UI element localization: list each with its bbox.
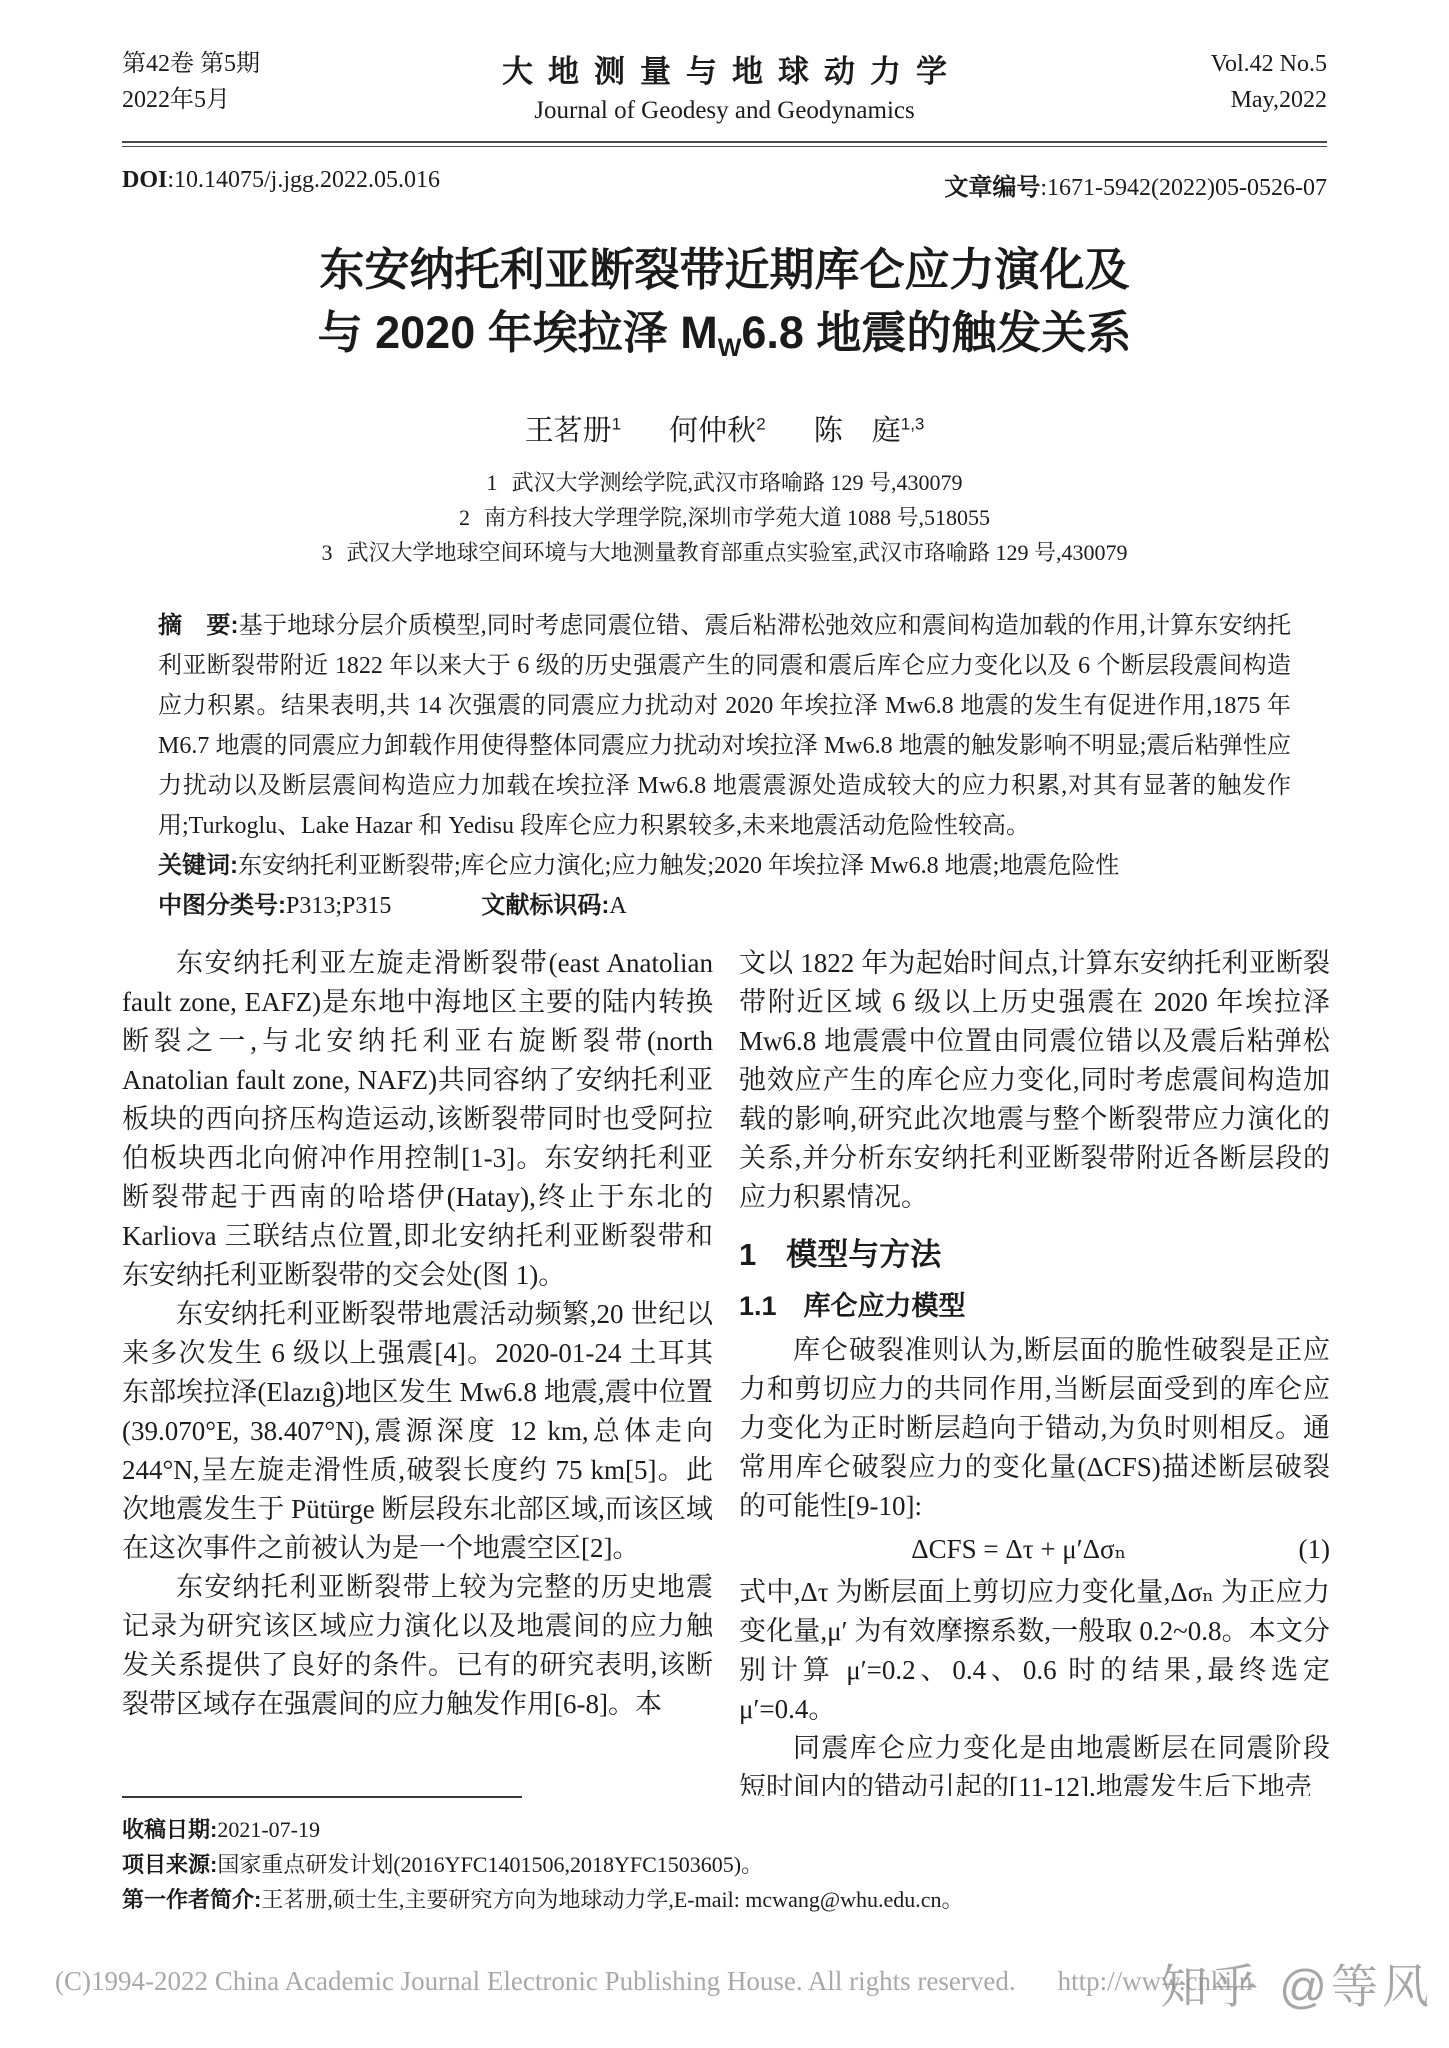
affiliation-number: 2 xyxy=(459,505,470,530)
footnote-text: 王茗册,硕士生,主要研究方向为地球动力学,E-mail: mcwang@whu.… xyxy=(261,1887,963,1912)
abstract-paragraph: 摘 要:基于地球分层介质模型,同时考虑同震位错、震后粘滞松弛效应和震间构造加载的… xyxy=(158,606,1291,846)
affiliation-text: 武汉大学测绘学院,武汉市珞喻路 129 号,430079 xyxy=(511,470,962,495)
paper-title-line1: 东安纳托利亚断裂带近期库仑应力演化及 xyxy=(0,238,1449,301)
watermark: 知乎 @等风 xyxy=(1160,1950,1433,2017)
section-heading: 1模型与方法 xyxy=(739,1235,1330,1275)
doi-value: :10.14075/j.jgg.2022.05.016 xyxy=(167,167,440,193)
abstract-block: 摘 要:基于地球分层介质模型,同时考虑同震位错、震后粘滞松弛效应和震间构造加载的… xyxy=(158,606,1291,926)
author: 何仲秋2 xyxy=(669,415,765,447)
clc-value: P313;P315 xyxy=(286,893,391,919)
article-number-line: 文章编号:1671-5942(2022)05-0526-07 xyxy=(944,167,1327,202)
footnote-funding: 项目来源:国家重点研发计划(2016YFC1401506,2018YFC1503… xyxy=(122,1847,1330,1882)
body-paragraph: 库仑破裂准则认为,断层面的脆性破裂是正应力和剪切应力的共同作用,当断层面受到的库… xyxy=(739,1331,1330,1526)
equation-row: ΔCFS = Δτ + μ′Δσₙ(1) xyxy=(739,1530,1330,1569)
footnote-label: 收稿日期: xyxy=(122,1817,217,1842)
author-affiliation-sup: 2 xyxy=(756,414,765,433)
keywords-label: 关键词: xyxy=(158,852,238,879)
footnote-label: 第一作者简介: xyxy=(122,1887,261,1912)
abstract-label: 摘 要: xyxy=(158,612,239,639)
left-column: 东安纳托利亚左旋走滑断裂带(east Anatolian fault zone,… xyxy=(122,944,713,1807)
footnote-text: 国家重点研发计划(2016YFC1401506,2018YFC1503605)。 xyxy=(217,1852,763,1877)
masthead-center: 大地测量与地球动力学 Journal of Geodesy and Geodyn… xyxy=(382,46,1067,125)
section-number: 1 xyxy=(739,1237,756,1272)
title-line2-post: 6.8 地震的触发关系 xyxy=(741,307,1131,358)
body-columns: 东安纳托利亚左旋走滑断裂带(east Anatolian fault zone,… xyxy=(122,944,1330,1807)
author: 陈 庭1,3 xyxy=(814,415,925,447)
doi-label: DOI xyxy=(122,167,167,193)
masthead-divider xyxy=(122,141,1327,147)
doi-line: DOI:10.14075/j.jgg.2022.05.016 xyxy=(122,167,440,202)
journal-title-cn: 大地测量与地球动力学 xyxy=(382,46,1067,91)
masthead: 第42卷 第5期 2022年5月 大地测量与地球动力学 Journal of G… xyxy=(0,0,1449,125)
journal-title-en: Journal of Geodesy and Geodynamics xyxy=(382,97,1067,125)
author-list: 王茗册1 何仲秋2 陈 庭1,3 xyxy=(0,408,1449,449)
title-line2-sub: W xyxy=(718,334,742,362)
section-title: 模型与方法 xyxy=(786,1237,941,1272)
right-column: 文以 1822 年为起始时间点,计算东安纳托利亚断裂带附近区域 6 级以上历史强… xyxy=(739,944,1330,1807)
affiliation-text: 南方科技大学理学院,深圳市学苑大道 1088 号,518055 xyxy=(484,505,990,530)
doc-code-label: 文献标识码: xyxy=(481,892,609,919)
article-number-value: :1671-5942(2022)05-0526-07 xyxy=(1040,175,1327,201)
volume-en: Vol.42 No.5 xyxy=(1067,46,1327,82)
footnote-divider xyxy=(122,1796,522,1798)
clc-label: 中图分类号: xyxy=(158,892,286,919)
footnote-received: 收稿日期:2021-07-19 xyxy=(122,1812,1330,1847)
body-paragraph: 东安纳托利亚断裂带地震活动频繁,20 世纪以来多次发生 6 级以上强震[4]。2… xyxy=(122,1295,713,1568)
doc-code-value: A xyxy=(609,893,626,919)
author-name: 何仲秋 xyxy=(669,415,756,447)
copyright-text: (C)1994-2022 China Academic Journal Elec… xyxy=(55,1966,1016,1996)
paper-title-line2: 与 2020 年埃拉泽 MW6.8 地震的触发关系 xyxy=(0,301,1449,380)
body-paragraph: 式中,Δτ 为断层面上剪切应力变化量,Δσₙ 为正应力变化量,μ′ 为有效摩擦系… xyxy=(739,1573,1330,1729)
affiliation: 3武汉大学地球空间环境与大地测量教育部重点实验室,武汉市珞喻路 129 号,43… xyxy=(0,535,1449,570)
footnote-author-bio: 第一作者简介:王茗册,硕士生,主要研究方向为地球动力学,E-mail: mcwa… xyxy=(122,1882,1330,1917)
author-affiliation-sup: 1,3 xyxy=(901,414,925,433)
volume-issue: 第42卷 第5期 xyxy=(122,46,382,82)
author-name: 王茗册 xyxy=(525,415,612,447)
subsection-heading: 1.1 库仑应力模型 xyxy=(739,1287,1330,1325)
footnote-label: 项目来源: xyxy=(122,1852,217,1877)
footnote-block: 收稿日期:2021-07-19 项目来源:国家重点研发计划(2016YFC140… xyxy=(122,1796,1330,1917)
affiliation: 1武汉大学测绘学院,武汉市珞喻路 129 号,430079 xyxy=(0,465,1449,500)
affiliation-number: 1 xyxy=(486,470,497,495)
date-cn: 2022年5月 xyxy=(122,82,382,118)
keywords-text: 东安纳托利亚断裂带;库仑应力演化;应力触发;2020 年埃拉泽 Mw6.8 地震… xyxy=(238,853,1119,879)
paper-page: 第42卷 第5期 2022年5月 大地测量与地球动力学 Journal of G… xyxy=(0,0,1449,2048)
title-line2-pre: 与 2020 年埃拉泽 M xyxy=(318,307,718,358)
equation: ΔCFS = Δτ + μ′Δσₙ xyxy=(739,1530,1299,1569)
keywords-line: 关键词:东安纳托利亚断裂带;库仑应力演化;应力触发;2020 年埃拉泽 Mw6.… xyxy=(158,846,1291,886)
date-en: May,2022 xyxy=(1067,82,1327,118)
body-paragraph: 文以 1822 年为起始时间点,计算东安纳托利亚断裂带附近区域 6 级以上历史强… xyxy=(739,944,1330,1217)
author-affiliation-sup: 1 xyxy=(612,414,621,433)
equation-number: (1) xyxy=(1299,1530,1330,1569)
clc-line: 中图分类号:P313;P315文献标识码:A xyxy=(158,886,1291,926)
affiliation-text: 武汉大学地球空间环境与大地测量教育部重点实验室,武汉市珞喻路 129 号,430… xyxy=(346,540,1127,565)
body-paragraph: 东安纳托利亚左旋走滑断裂带(east Anatolian fault zone,… xyxy=(122,944,713,1295)
masthead-left: 第42卷 第5期 2022年5月 xyxy=(122,46,382,118)
abstract-text: 基于地球分层介质模型,同时考虑同震位错、震后粘滞松弛效应和震间构造加载的作用,计… xyxy=(158,613,1291,839)
affiliation: 2南方科技大学理学院,深圳市学苑大道 1088 号,518055 xyxy=(0,500,1449,535)
author: 王茗册1 xyxy=(525,415,621,447)
meta-row: DOI:10.14075/j.jgg.2022.05.016 文章编号:1671… xyxy=(122,167,1327,202)
affiliation-list: 1武汉大学测绘学院,武汉市珞喻路 129 号,430079 2南方科技大学理学院… xyxy=(0,465,1449,570)
body-paragraph: 东安纳托利亚断裂带上较为完整的历史地震记录为研究该区域应力演化以及地震间的应力触… xyxy=(122,1568,713,1724)
paper-title: 东安纳托利亚断裂带近期库仑应力演化及 与 2020 年埃拉泽 MW6.8 地震的… xyxy=(0,238,1449,380)
masthead-right: Vol.42 No.5 May,2022 xyxy=(1067,46,1327,118)
article-number-label: 文章编号 xyxy=(944,174,1040,201)
author-name: 陈 庭 xyxy=(814,415,901,447)
footnote-text: 2021-07-19 xyxy=(217,1817,320,1842)
affiliation-number: 3 xyxy=(321,540,332,565)
